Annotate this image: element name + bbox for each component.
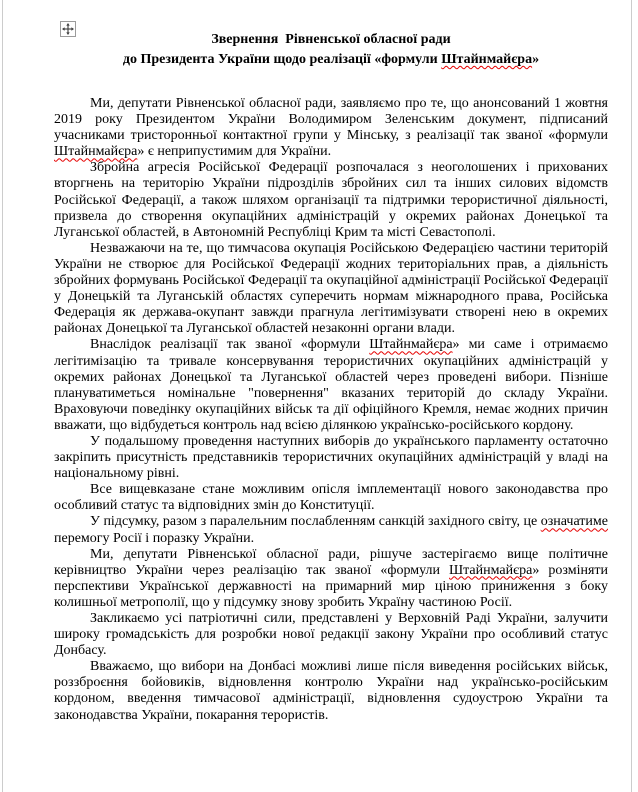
document-content: Звернення Рівненської обласної радидо Пр… [54,30,608,724]
title-line: до Президента України щодо реалізації «ф… [54,50,608,70]
title-line: Звернення Рівненської обласної ради [54,30,608,50]
paragraph: У підсумку, разом з паралельним послабле… [54,514,608,546]
text-run: » [532,52,539,67]
document-title: Звернення Рівненської обласної радидо Пр… [54,30,608,70]
misspelled-word: Штайнмайєра [441,52,532,67]
paragraph: Незважаючи на те, що тимчасова окупація … [54,241,608,338]
text-run: Звернення Рівненської обласної ради [211,32,450,47]
text-run: Незважаючи на те, що тимчасова окупація … [54,241,608,336]
text-run: Внаслідок реалізації так званої «формули [90,337,369,352]
misspelled-word: Штайнмайєра [369,337,452,352]
text-run: до Президента України щодо реалізації «ф… [123,52,441,67]
document-body: Ми, депутати Рівненської обласної ради, … [54,96,608,724]
paragraph: Ми, депутати Рівненської обласної ради, … [54,96,608,160]
text-run: У підсумку, разом з паралельним послабле… [90,514,541,529]
text-run: Ми, депутати Рівненської обласної ради, … [54,96,608,143]
text-run: » є неприпустимим для України. [137,144,331,159]
paragraph: Закликаємо усі патріотичні сили, предста… [54,611,608,659]
misspelled-word: Штайнмайєра [449,563,532,578]
misspelled-word: означатиме [541,514,608,529]
paragraph: Ми, депутати Рівненської обласної ради, … [54,547,608,611]
paragraph: У подальшому проведення наступних виборі… [54,434,608,482]
text-run: У подальшому проведення наступних виборі… [54,434,608,481]
text-run: Вважаємо, що вибори на Донбасі можливі л… [54,659,608,722]
paragraph: Внаслідок реалізації так званої «формули… [54,337,608,434]
paragraph: Все вищевказане стане можливим опісля ім… [54,482,608,514]
text-run: Закликаємо усі патріотичні сили, предста… [54,611,608,658]
document-page: Звернення Рівненської обласної радидо Пр… [2,0,632,792]
misspelled-word: Штайнмайєра [54,144,137,159]
text-run: Все вищевказане стане можливим опісля ім… [54,482,608,513]
paragraph: Збройна агресія Російської Федерації роз… [54,160,608,240]
paragraph: Вважаємо, що вибори на Донбасі можливі л… [54,659,608,723]
text-run: Збройна агресія Російської Федерації роз… [54,160,608,239]
text-run: перемогу Росії і поразку України. [54,531,254,546]
